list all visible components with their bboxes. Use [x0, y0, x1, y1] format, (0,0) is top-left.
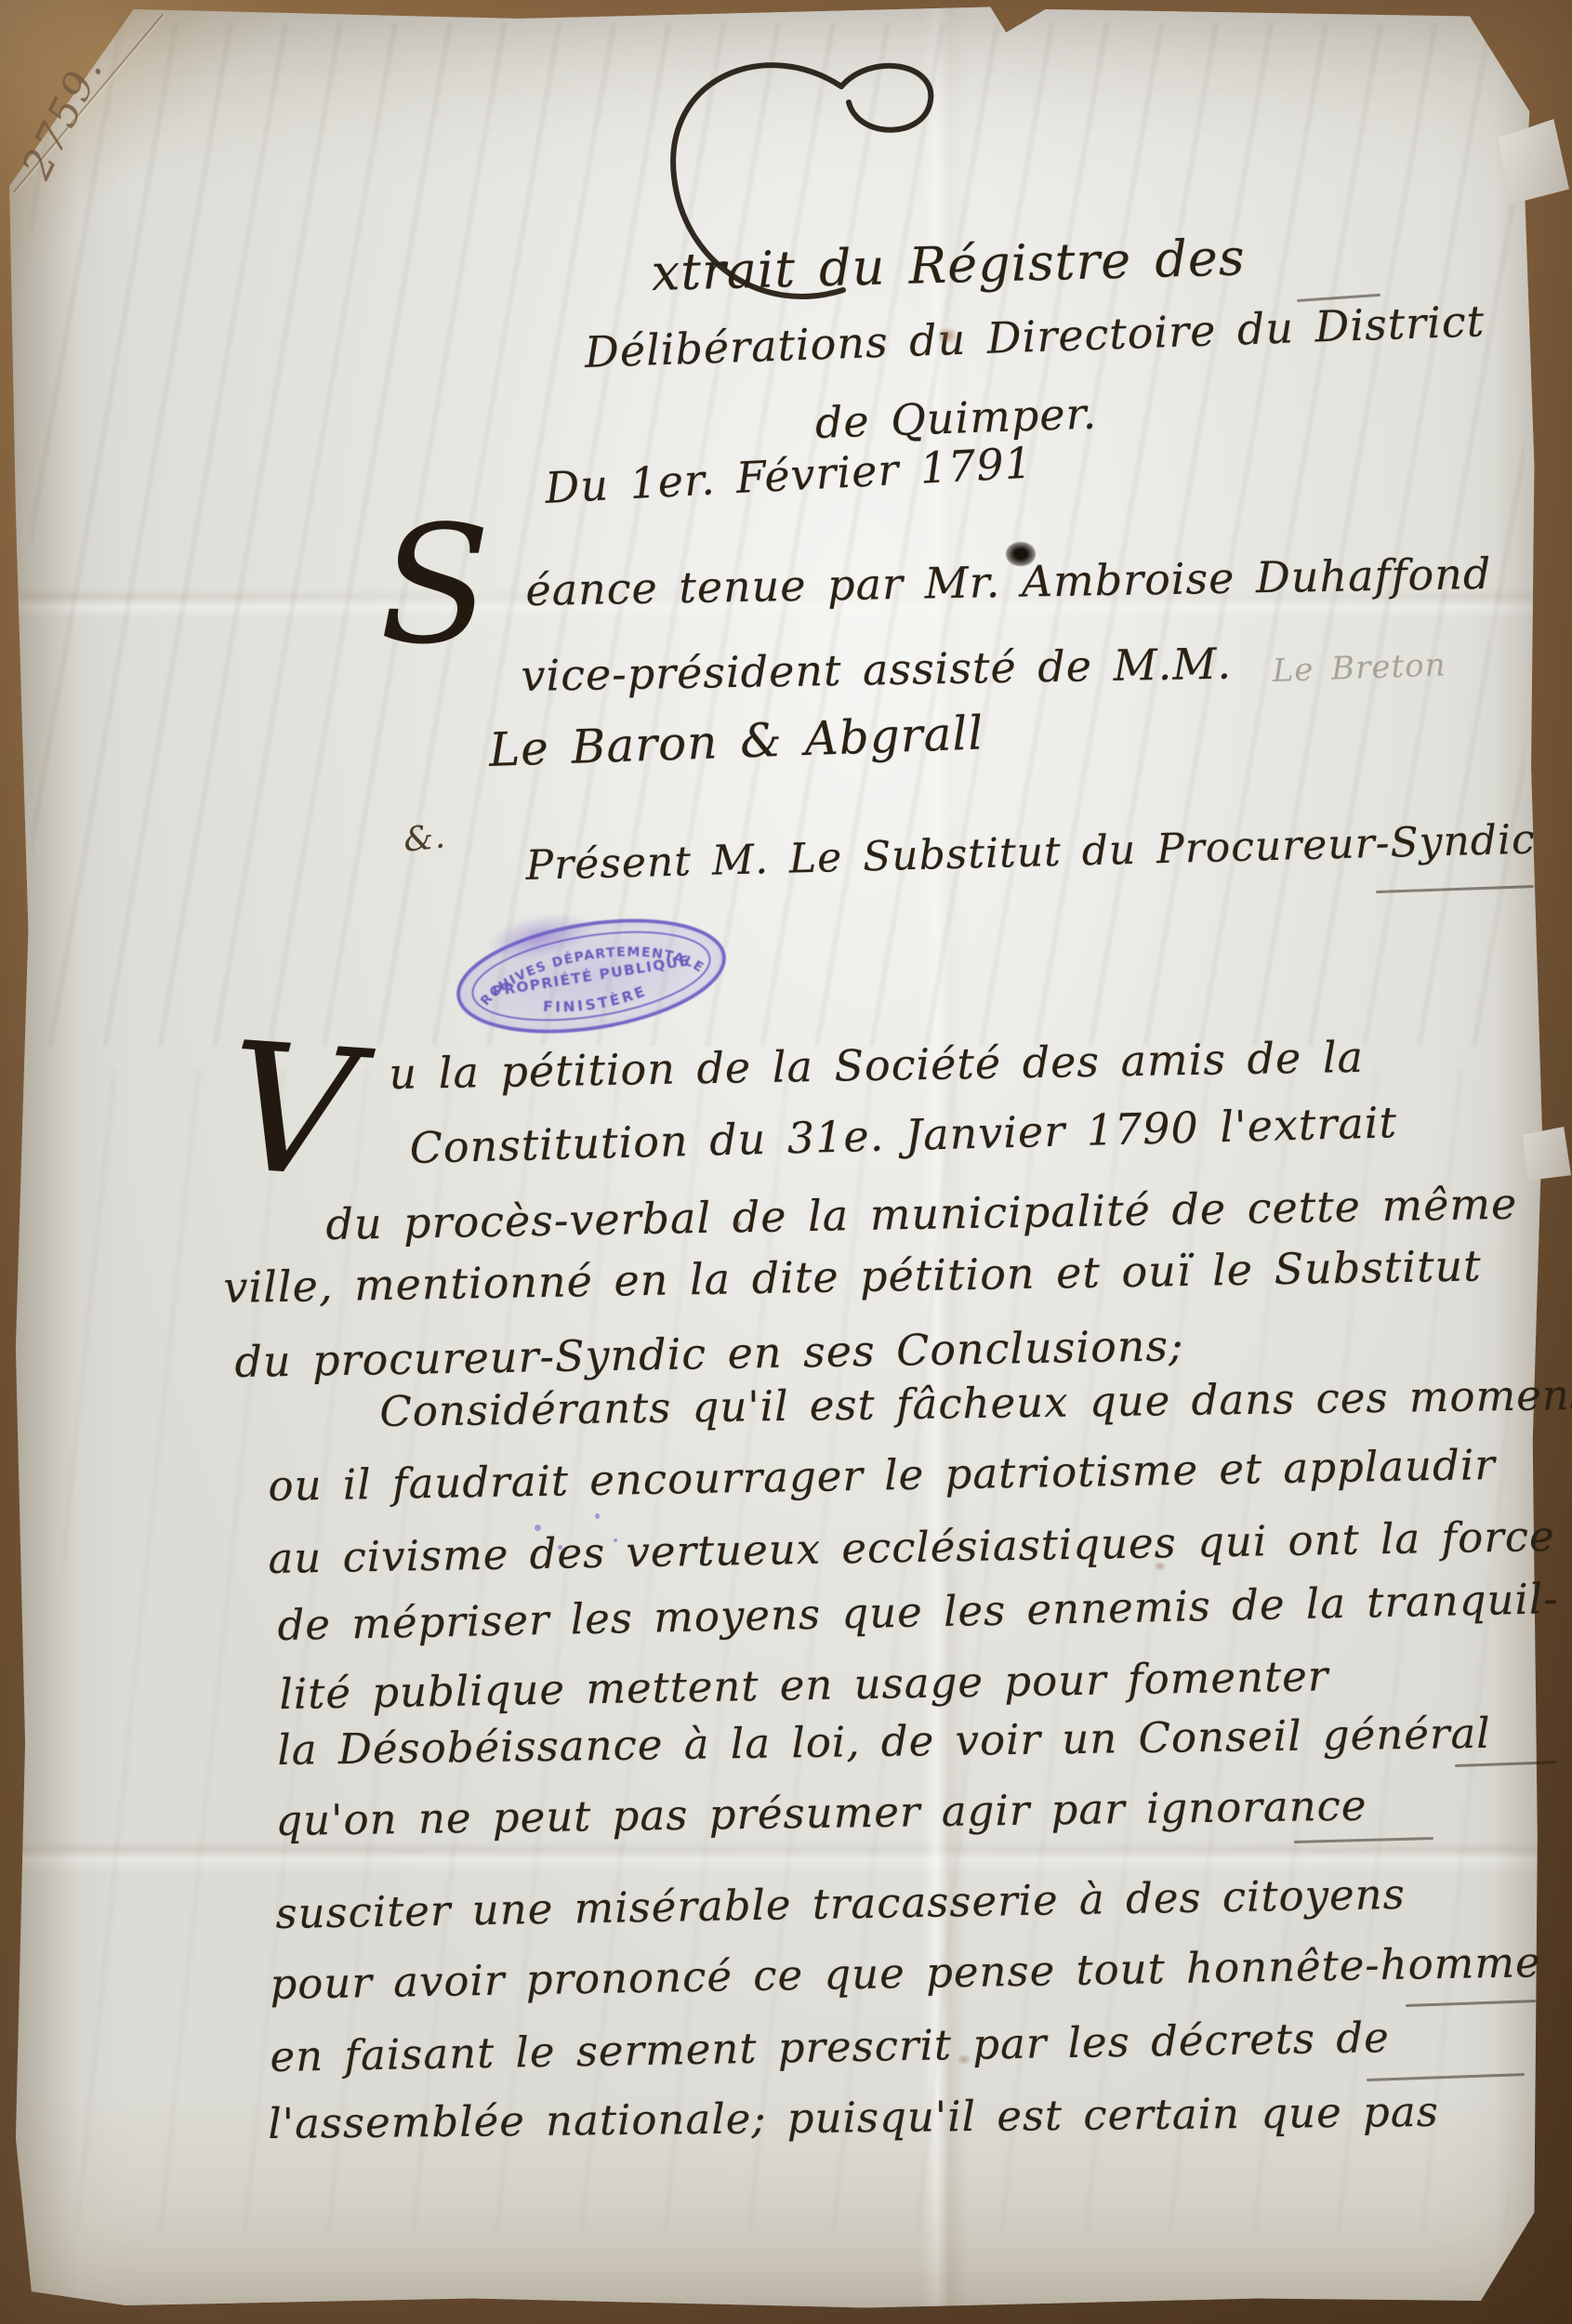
- photograph-of-manuscript: 2759. xtrait du Régistre des Délibératio…: [0, 0, 1572, 2324]
- initial-S: S: [379, 513, 491, 660]
- brown-speck-1: [733, 1220, 742, 1228]
- purple-speck-4: [614, 1538, 617, 1542]
- title-line-3: de Quimper.: [814, 388, 1098, 448]
- rust-stain: [937, 327, 958, 344]
- purple-speck-3: [595, 1513, 600, 1519]
- brown-speck-3: [958, 2054, 971, 2065]
- ink-blot: [1006, 542, 1036, 566]
- initial-V: V: [223, 1027, 362, 1195]
- purple-speck-1: [535, 1525, 541, 1531]
- brown-speck-2: [1155, 1562, 1166, 1571]
- purple-speck-2: [558, 1545, 562, 1550]
- pencil-annotation: Le Breton: [1272, 646, 1447, 689]
- margin-mark: &.: [402, 817, 448, 860]
- torn-paper-tab-right-small: [1523, 1127, 1571, 1181]
